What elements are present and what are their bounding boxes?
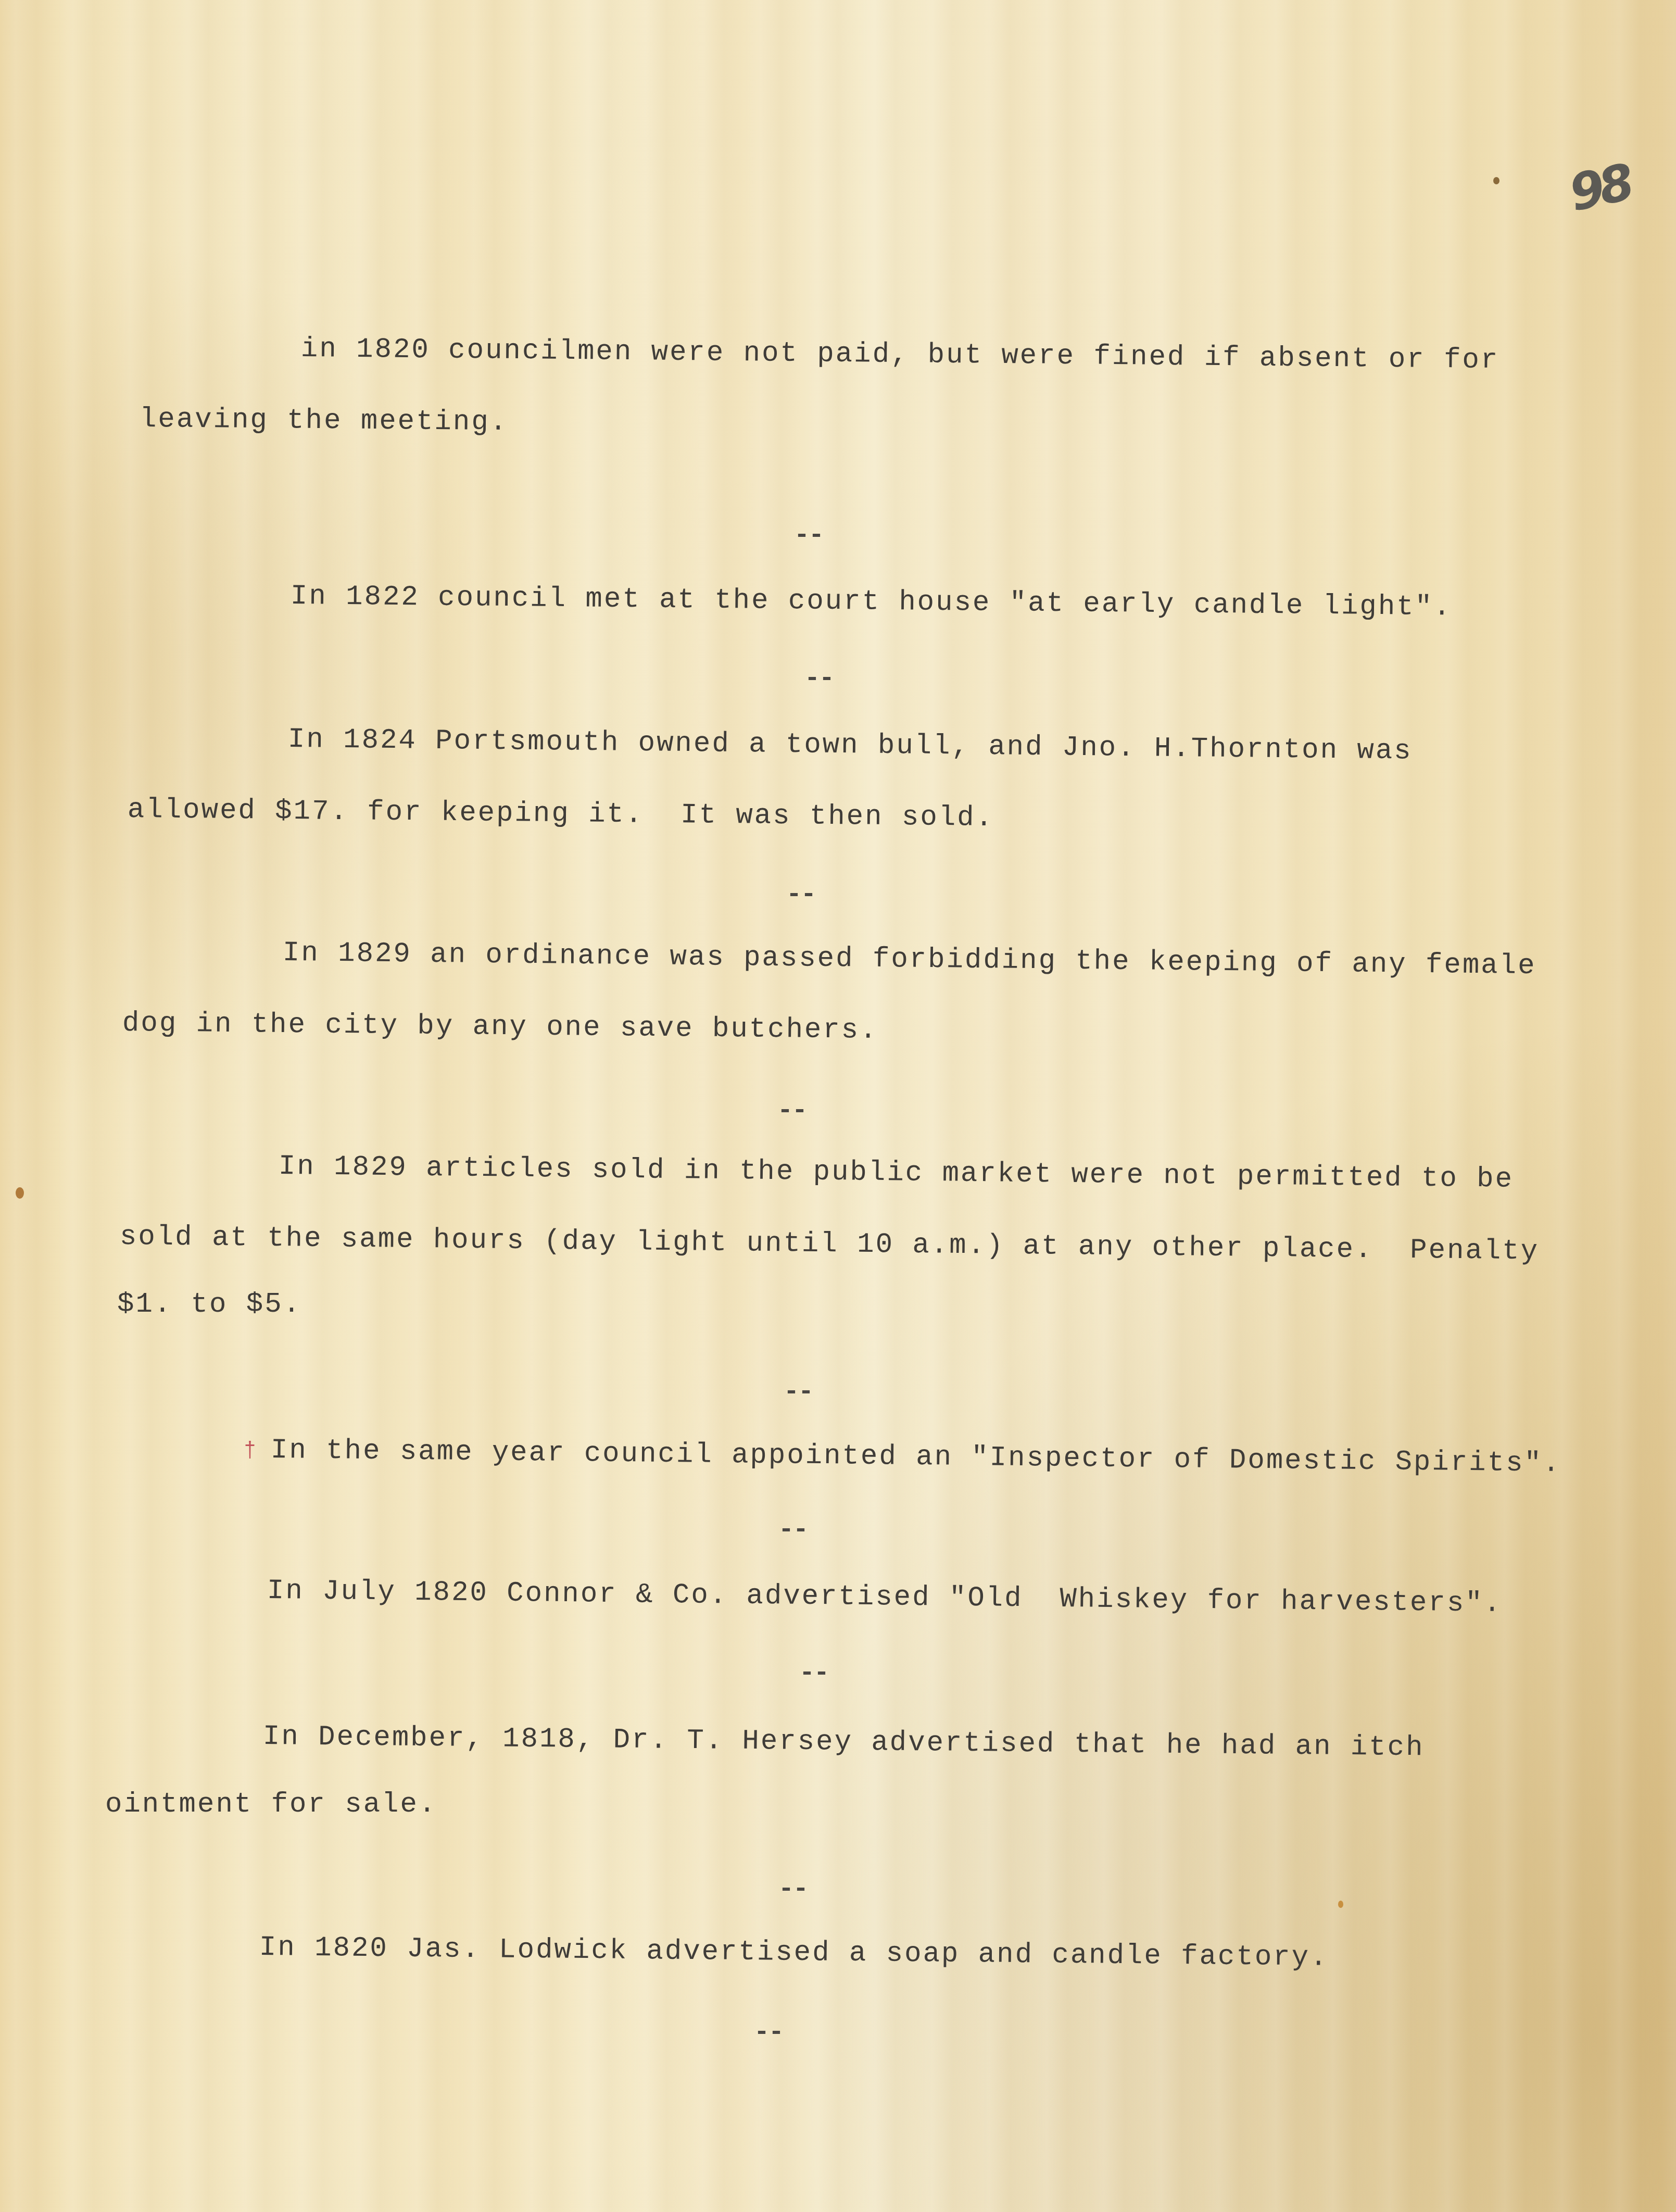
entry-4-line-1: In 1829 an ordinance was passed forbiddi… [283, 937, 1536, 982]
separator-3: -- [786, 880, 815, 910]
entry-9-line-1: In 1820 Jas. Lodwick advertised a soap a… [259, 1932, 1329, 1974]
separator-2: -- [804, 664, 834, 694]
entry-4-line-2: dog in the city by any one save butchers… [122, 1008, 878, 1047]
separator-1: -- [794, 521, 823, 550]
entry-8-line-2: ointment for sale. [105, 1789, 437, 1820]
ink-spot [1493, 177, 1499, 184]
separator-7: -- [799, 1658, 828, 1688]
entry-3-line-1: In 1824 Portsmouth owned a town bull, an… [288, 724, 1413, 768]
stain-spot [1338, 1901, 1343, 1908]
entry-5-line-2: sold at the same hours (day light until … [120, 1221, 1540, 1268]
stain-spot [16, 1187, 24, 1199]
entry-1-line-1: in 1820 councilmen were not paid, but we… [301, 333, 1499, 376]
page-number: 98 [1565, 153, 1634, 222]
entry-2-line-1: In 1822 council met at the court house "… [291, 581, 1452, 623]
entry-7-line-1: In July 1820 Connor & Co. advertised "Ol… [267, 1575, 1503, 1620]
separator-8: -- [778, 1875, 808, 1904]
entry-3-line-2: allowed $17. for keeping it. It was then… [128, 794, 994, 834]
separator-5: -- [784, 1377, 813, 1407]
entry-8-line-1: In December, 1818, Dr. T. Hersey adverti… [263, 1721, 1425, 1764]
document-page: 98 in 1820 councilmen were not paid, but… [0, 0, 1676, 2212]
separator-6: -- [778, 1515, 808, 1545]
red-tick-mark: † [244, 1440, 256, 1463]
entry-1-line-2: leaving the meeting. [140, 404, 509, 438]
separator-9: -- [754, 2018, 783, 2047]
entry-5-line-1: In 1829 articles sold in the public mark… [279, 1151, 1514, 1196]
separator-4: -- [777, 1096, 807, 1126]
entry-6-line-1: In the same year council appointed an "I… [271, 1435, 1561, 1480]
entry-5-line-3: $1. to $5. [117, 1289, 301, 1321]
